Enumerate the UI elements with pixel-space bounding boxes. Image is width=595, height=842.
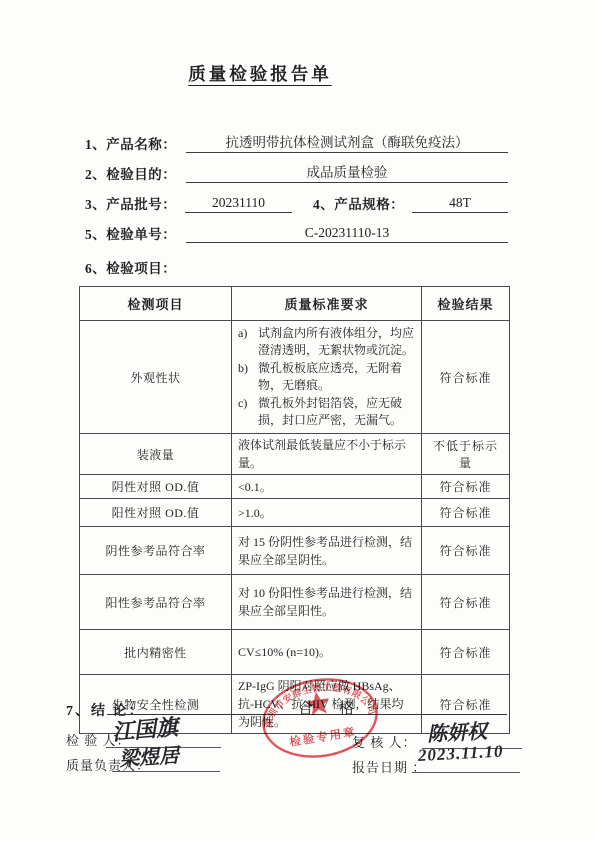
reviewer-label: 复 核 人： [352,732,417,751]
result-cell: 符合标准 [422,527,510,575]
result-cell: 符合标准 [422,630,510,675]
table-row: 阴性参考品符合率 对 15 份阴性参考品进行检测，结果应全部呈阴性。 符合标准 [80,527,510,575]
table-row: 外观性状 a) 试剂盒内所有液体组分，均应澄清透明，无絮状物或沉淀。 b) 微孔… [80,321,510,434]
result-cell: 不低于标示量 [422,434,510,475]
result-cell: 符合标准 [422,475,510,499]
requirement-cell: CV≤10% (n=10)。 [232,630,422,675]
item-cell: 阳性参考品符合率 [80,575,232,630]
page-title: 质量检验报告单 [0,61,520,86]
item-cell: 装液量 [80,434,232,475]
spec-value: 48T [412,193,508,213]
product-name-label: 1、产品名称： [85,133,176,153]
table-row: 阳性参考品符合率 对 10 份阳性参考品进行检测，结果应全部呈阳性。 符合标准 [80,575,510,630]
requirement-cell: 对 15 份阴性参考品进行检测，结果应全部呈阴性。 [232,527,422,575]
table-row: 阳性对照 OD.值 >1.0。 符合标准 [80,499,510,527]
item-cell: 批内精密性 [80,630,232,675]
report-no-value: C-20231110-13 [186,223,508,243]
result-cell: 符合标准 [422,499,510,527]
spec-label: 4、产品规格： [313,193,404,213]
requirement-cell: 液体试剂最低装量应不小于标示量。 [232,434,422,475]
quality-manager-signature: 梁煜居 [118,739,180,772]
col-header-requirement: 质量标准要求 [232,287,422,321]
items-heading: 6、检验项目： [85,257,176,277]
col-header-result: 检验结果 [422,287,510,321]
item-cell: 阴性对照 OD.值 [80,475,232,499]
purpose-value: 成品质量检验 [186,163,508,183]
item-cell: 阴性参考品符合率 [80,527,232,575]
purpose-label: 2、检验目的： [85,163,176,183]
table-header-row: 检测项目 质量标准要求 检验结果 [80,287,510,321]
report-date-label: 报告日期 ： [352,757,426,776]
product-name-value: 抗透明带抗体检测试剂盒（酶联免疫法） [186,133,508,153]
item-cell: 阳性对照 OD.值 [80,499,232,527]
quality-manager-signature-line [112,771,220,772]
table-row: 装液量 液体试剂最低装量应不小于标示量。 不低于标示量 [80,434,510,475]
conclusion-value: 合格 [298,697,380,718]
requirement-cell: 对 10 份阳性参考品进行检测，结果应全部呈阳性。 [232,575,422,630]
table-row: 阴性对照 OD.值 <0.1。 符合标准 [80,475,510,499]
result-cell: 符合标准 [422,321,510,434]
result-cell: 符合标准 [422,575,510,630]
report-no-label: 5、检验单号： [85,223,176,243]
report-date-value: 2023.11.10 [417,742,503,766]
requirement-cell: <0.1。 [232,475,422,499]
report-page: 质量检验报告单 1、产品名称： 抗透明带抗体检测试剂盒（酶联免疫法） 2、检验目… [0,0,595,842]
requirement-list-item: c) 微孔板外封铝箔袋，应无破损，封口应严密，无漏气。 [238,395,415,430]
table-row: 批内精密性 CV≤10% (n=10)。 符合标准 [80,630,510,675]
inspection-items-table: 检测项目 质量标准要求 检验结果 外观性状 a) 试剂盒内所有液体组分，均应澄清… [79,286,510,734]
requirement-cell: a) 试剂盒内所有液体组分，均应澄清透明，无絮状物或沉淀。 b) 微孔板板底应透… [232,321,422,434]
batch-value: 20231110 [185,193,292,213]
requirement-list-item: b) 微孔板板底应透亮，无附着物，无磨痕。 [238,360,415,395]
col-header-item: 检测项目 [80,287,232,321]
requirement-cell: >1.0。 [232,499,422,527]
report-date-line [412,772,520,773]
batch-label: 3、产品批号： [85,193,176,213]
item-cell: 外观性状 [80,321,232,434]
requirement-list-item: a) 试剂盒内所有液体组分，均应澄清透明，无絮状物或沉淀。 [238,325,415,360]
